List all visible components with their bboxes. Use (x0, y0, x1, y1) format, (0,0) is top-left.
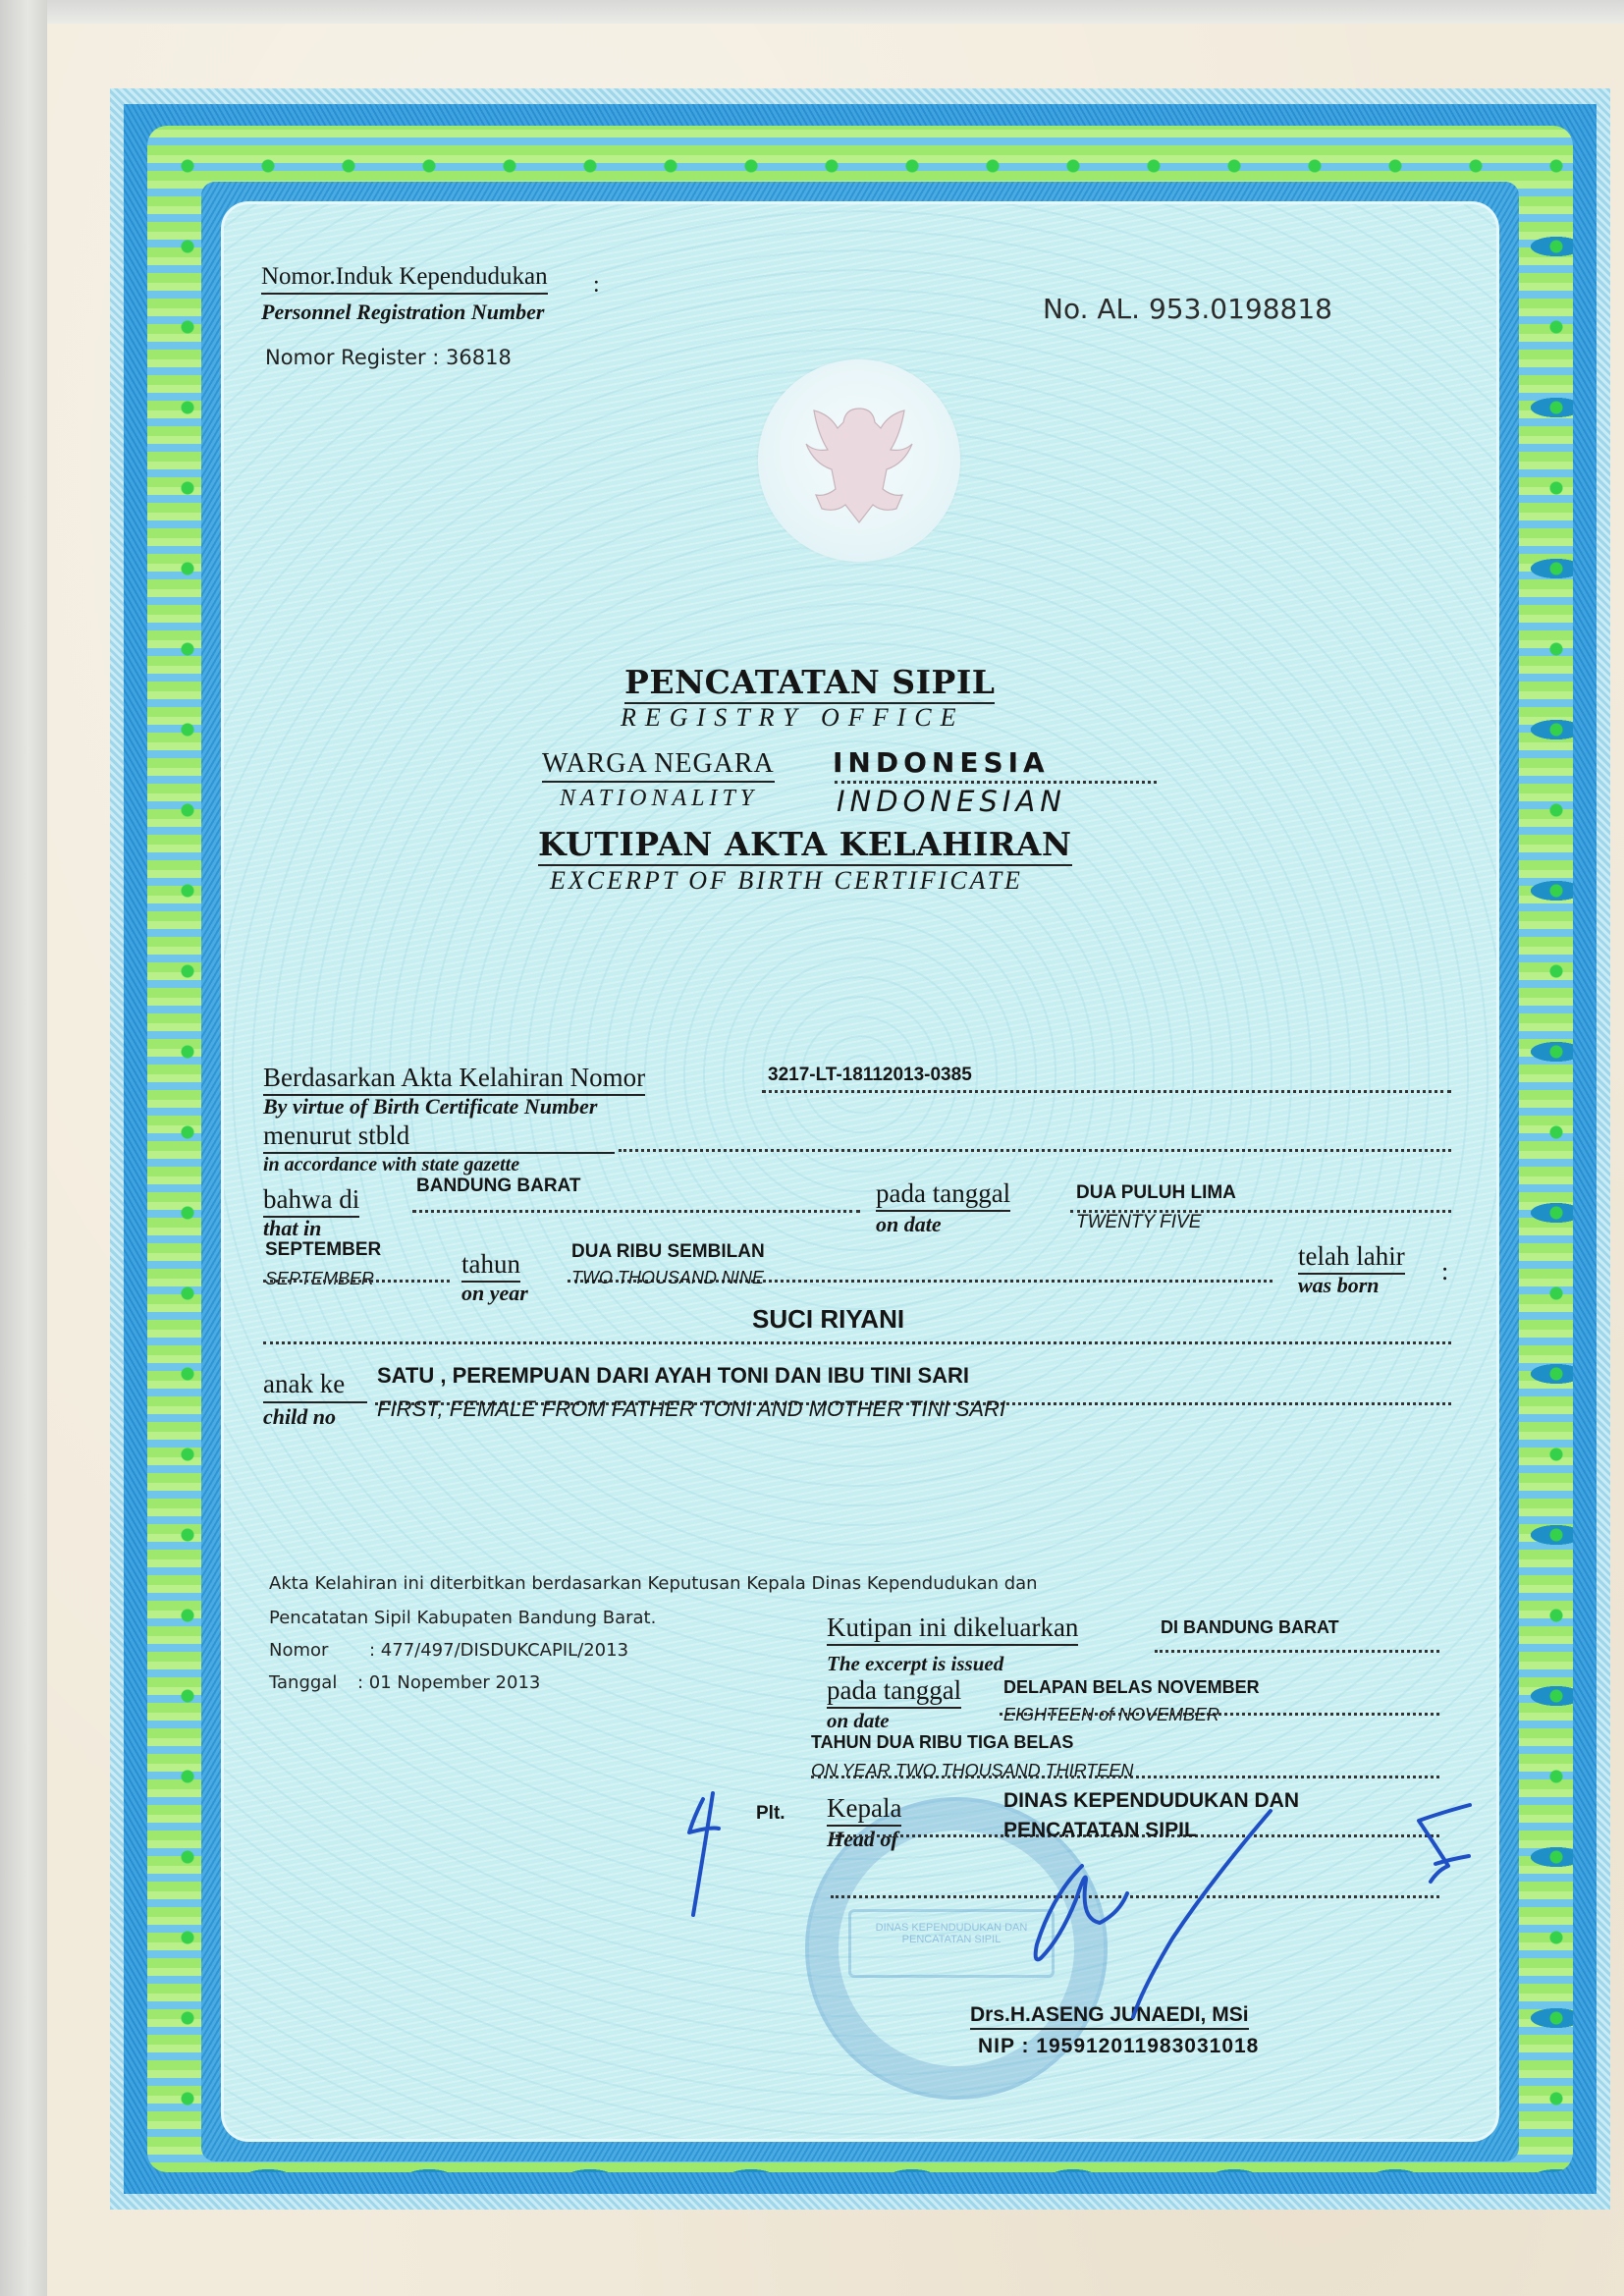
signature-icon (0, 0, 1624, 2296)
